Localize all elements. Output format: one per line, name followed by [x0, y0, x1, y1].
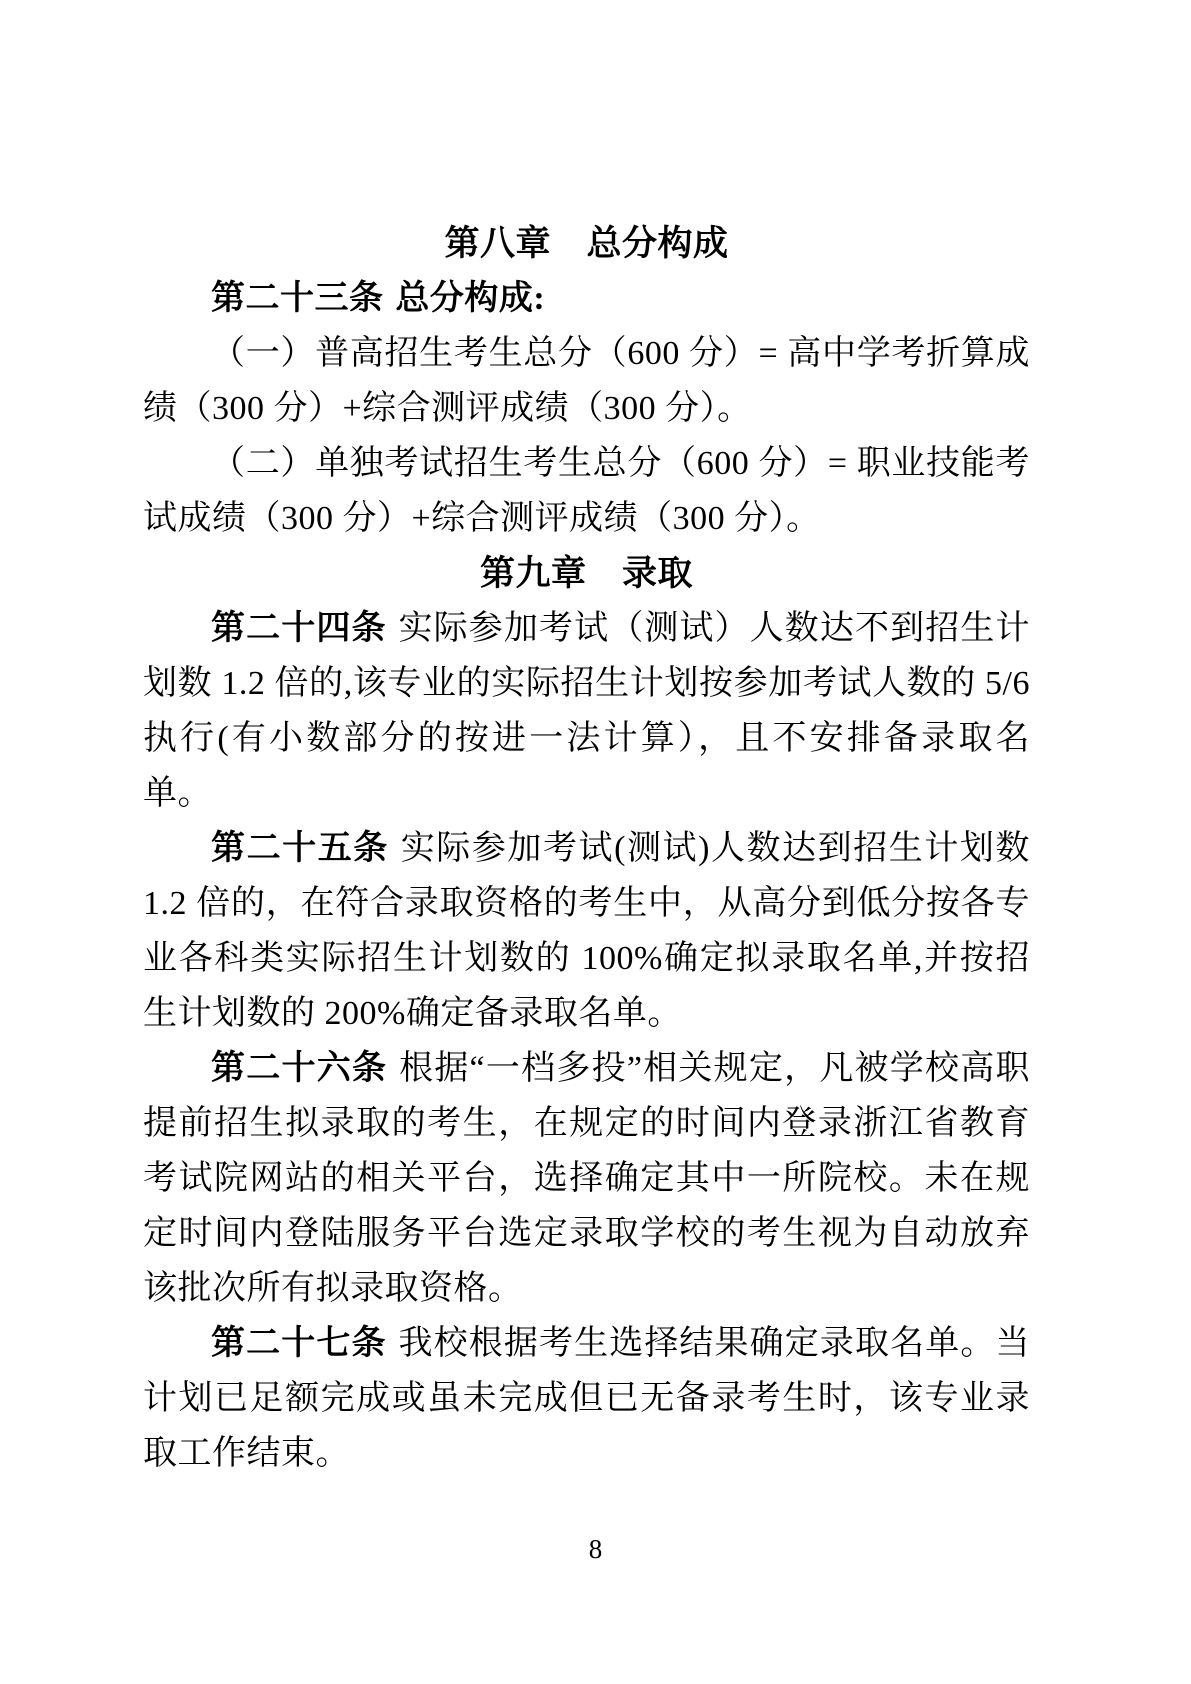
article-25-label: 第二十五条 — [211, 830, 389, 867]
article-27-label: 第二十七条 — [211, 1325, 387, 1362]
chapter-8-item-1: （一）普高招生考生总分（600 分）= 高中学考折算成绩（300 分）+综合测评… — [143, 326, 1030, 436]
article-23-label: 第二十三条 — [211, 280, 384, 317]
article-27: 第二十七条我校根据考生选择结果确定录取名单。当计划已足额完成或虽未完成但已无备录… — [143, 1316, 1030, 1481]
page-number: 8 — [0, 1533, 1191, 1565]
document-body: 第八章 总分构成 第二十三条总分构成: （一）普高招生考生总分（600 分）= … — [143, 216, 1030, 1481]
article-26: 第二十六条根据“一档多投”相关规定，凡被学校高职提前招生拟录取的考生，在规定的时… — [143, 1041, 1030, 1316]
chapter-8-item-2: （二）单独考试招生考生总分（600 分）= 职业技能考试成绩（300 分）+综合… — [143, 436, 1030, 546]
article-24: 第二十四条实际参加考试（测试）人数达不到招生计划数 1.2 倍的,该专业的实际招… — [143, 601, 1030, 821]
chapter-8-title: 第八章 总分构成 — [143, 216, 1030, 271]
article-24-label: 第二十四条 — [211, 610, 387, 647]
article-26-label: 第二十六条 — [211, 1050, 387, 1087]
article-23: 第二十三条总分构成: — [143, 271, 1030, 326]
article-23-text: 总分构成: — [395, 280, 545, 317]
document-page: 第八章 总分构成 第二十三条总分构成: （一）普高招生考生总分（600 分）= … — [0, 0, 1191, 1684]
article-25: 第二十五条实际参加考试(测试)人数达到招生计划数 1.2 倍的，在符合录取资格的… — [143, 821, 1030, 1041]
article-26-text: 根据“一档多投”相关规定，凡被学校高职提前招生拟录取的考生，在规定的时间内登录浙… — [143, 1050, 1030, 1307]
chapter-9-title: 第九章 录取 — [143, 546, 1030, 601]
